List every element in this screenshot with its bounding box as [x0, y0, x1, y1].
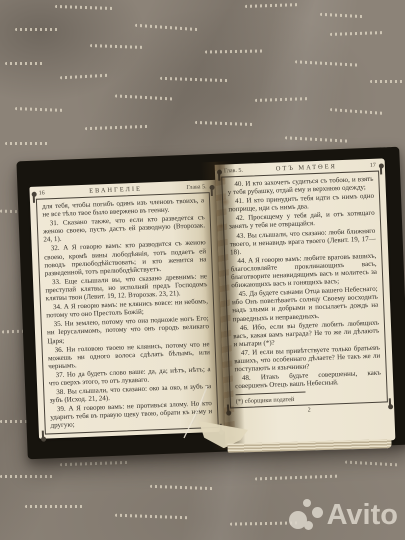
verse-paragraph: 32. А Я говорю вамъ: кто разводится съ ж… [44, 239, 207, 278]
frame-corner-ornament [211, 188, 213, 196]
right-chapter-label: Глав. 5. [224, 168, 243, 175]
fabric-stitch [285, 136, 350, 142]
left-chapter-label: Глава 5. [186, 184, 206, 191]
fabric-stitch [85, 125, 150, 130]
open-book: 16 ЕВАНГЕЛІЕ Глава 5. для тебя, чтобы по… [16, 147, 405, 459]
left-page: 16 ЕВАНГЕЛІЕ Глава 5. для тебя, чтобы по… [29, 180, 225, 439]
frame-corner-ornament [218, 173, 220, 181]
fabric-stitch [345, 461, 400, 467]
frame-corner-ornament [380, 166, 382, 174]
right-verses: 40. И кто захочетъ судиться съ тобою, и … [227, 175, 381, 391]
fabric-stitch [115, 514, 190, 520]
left-verses: для тебя, чтобы погибъ одинъ изъ членовъ… [42, 196, 213, 430]
fabric-stitch [0, 475, 55, 478]
right-running-title: ОТЪ МАТѲЕЯ [276, 163, 337, 172]
fabric-stitch [255, 97, 310, 102]
frame-corner-ornament [227, 405, 229, 413]
avito-circles-icon [289, 498, 322, 533]
fabric-stitch [60, 461, 130, 466]
frame-corner-ornament [33, 195, 35, 203]
right-page-number: 17 [370, 163, 376, 169]
left-running-title: ЕВАНГЕЛІЕ [89, 186, 142, 195]
fabric-stitch [330, 31, 385, 36]
fabric-stitch [115, 94, 175, 100]
fabric-stitch [205, 49, 265, 53]
fabric-stitch [160, 77, 230, 82]
footnote-rule [236, 392, 306, 396]
frame-corner-ornament [42, 430, 44, 438]
fabric-stitch [295, 60, 360, 66]
left-text-frame: для тебя, чтобы погибъ одинъ изъ членовъ… [36, 192, 219, 434]
fabric-stitch [5, 142, 50, 145]
fabric-stitch [15, 107, 65, 112]
fabric-stitch [60, 74, 110, 80]
verse-paragraph: 39. А Я говорю вамъ: не противься злому.… [50, 399, 213, 429]
avito-watermark: Avito [289, 498, 398, 533]
fabric-stitch [150, 485, 215, 490]
fabric-stitch [195, 121, 255, 126]
fabric-stitch [320, 13, 365, 18]
fabric-stitch [15, 28, 60, 31]
avito-wordmark: Avito [327, 499, 398, 532]
fabric-stitch [25, 505, 85, 508]
left-page-number: 16 [39, 190, 45, 196]
fabric-stitch [90, 44, 145, 49]
fabric-stitch [5, 62, 45, 65]
fabric-stitch [245, 3, 300, 8]
verse-paragraph: 44. А Я говорю вамъ: любите враговъ ваши… [230, 252, 377, 290]
frame-corner-ornament [389, 399, 391, 407]
fabric-stitch [330, 108, 385, 115]
fabric-stitch [0, 420, 28, 423]
right-page: Глав. 5. ОТЪ МАТѲЕЯ 17 40. И кто захочет… [215, 158, 396, 446]
fabric-stitch [370, 80, 405, 83]
fabric-stitch [55, 5, 115, 10]
footnote: (*) сборщики податей [236, 393, 382, 406]
fabric-stitch [135, 24, 200, 32]
verse-paragraph: 45. Да будете сынами Отца вашего Небесна… [232, 285, 379, 323]
right-text-frame: 40. И кто захочетъ судиться съ тобою, и … [221, 171, 388, 409]
fabric-stitch [255, 475, 340, 481]
